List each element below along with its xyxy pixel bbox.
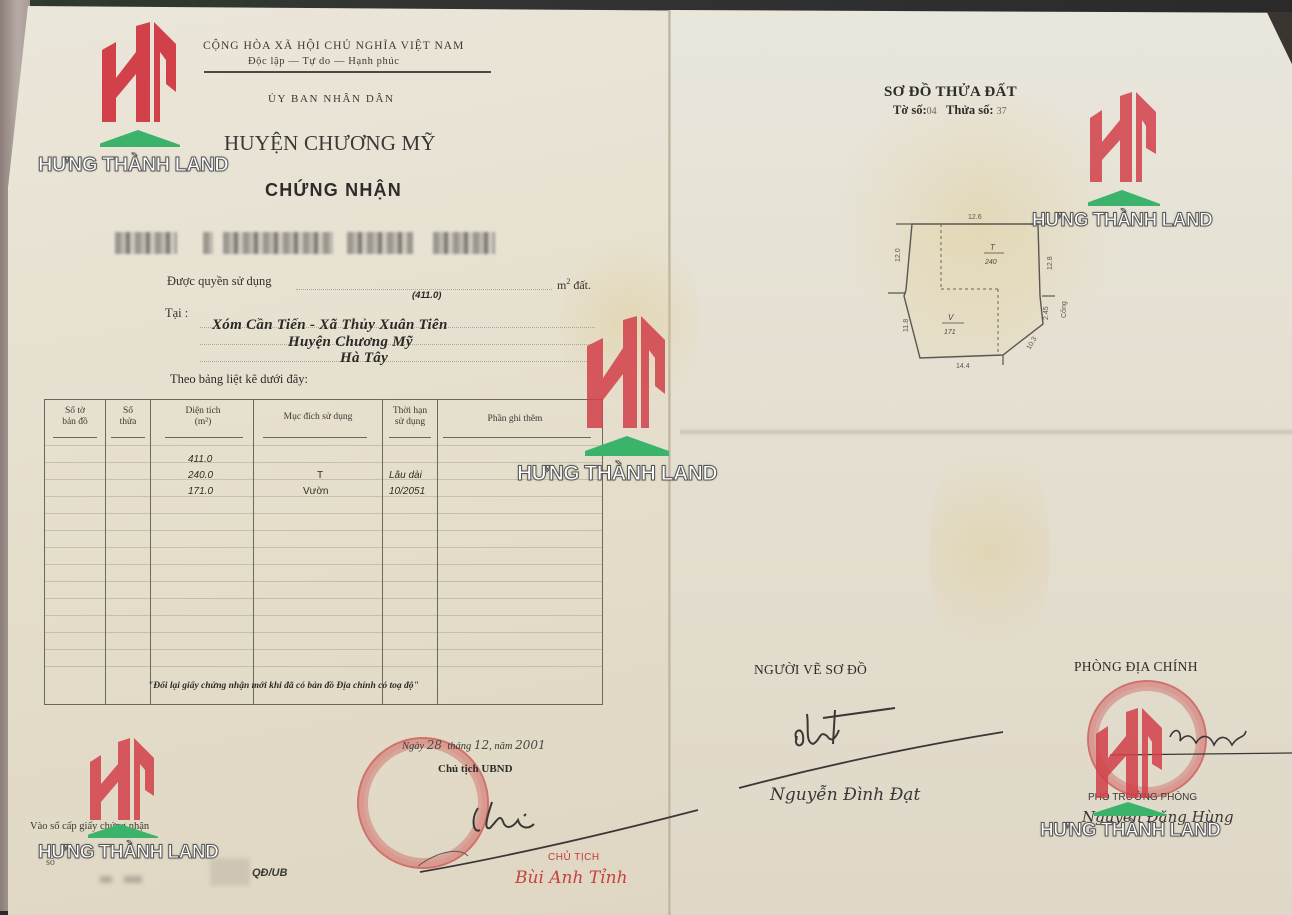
logo-ht-icon — [100, 22, 180, 147]
chairman-signature — [400, 790, 700, 880]
cell-area: 240.0 — [188, 470, 213, 481]
header-underline — [165, 437, 243, 438]
dim-side-note: Cống — [1059, 301, 1068, 318]
certificate-title: CHỨNG NHẬN — [265, 180, 402, 201]
dim-top: 12.6 — [968, 214, 982, 221]
header-purpose: Mục đích sử dụng — [255, 412, 381, 423]
paper-stain — [930, 420, 1050, 680]
table-rule — [45, 598, 602, 599]
redacted-registry-number — [124, 876, 142, 883]
cell-term: Lâu dài — [389, 470, 422, 481]
dim-left-lower: 11.8 — [903, 319, 910, 332]
use-right-label: Được quyền sử dụng — [167, 274, 272, 289]
committee-label: ỦY BAN NHÂN DÂN — [268, 93, 395, 105]
watermark-bottom-left: HƯNG THÀNH LAND — [38, 738, 238, 868]
watermark-brand-text: HƯNG THÀNH LAND — [1032, 210, 1212, 232]
zone-code-v: V — [948, 313, 954, 322]
header-term: Thời hạnsử dụng — [383, 406, 437, 428]
plot-sheet-info: Tờ số:04 Thửa số: 37 — [893, 103, 1007, 118]
cell-area: 411.0 — [188, 454, 212, 465]
signer-title: CHỦ TỊCH — [548, 852, 600, 863]
logo-ht-icon — [585, 316, 669, 458]
header-underline — [53, 437, 97, 438]
nation-header: CỘNG HÒA XÃ HỘI CHỦ NGHĨA VIỆT NAM — [203, 40, 464, 52]
dim-right-diag: 10.3 — [1026, 336, 1039, 351]
table-rule — [45, 666, 602, 667]
header-parcel-no: Sốthửa — [107, 406, 149, 428]
signer-role: Chủ tịch UBND — [438, 763, 513, 775]
zone-area-t: 240 — [984, 259, 997, 266]
watermark-center: HƯNG THÀNH LAND — [517, 316, 737, 496]
table-rule — [45, 513, 602, 514]
decision-suffix: QĐ/UB — [252, 867, 287, 879]
dim-right-step: 2.45 — [1043, 306, 1050, 320]
table-rule — [45, 530, 602, 531]
drawer-heading: NGƯỜI VẼ SƠ ĐỒ — [754, 662, 867, 678]
motto: Độc lập — Tự do — Hạnh phúc — [248, 56, 399, 67]
header-rule — [204, 71, 491, 73]
signer-name: Bùi Anh Tỉnh — [515, 868, 628, 888]
office-heading: PHÒNG ĐỊA CHÍNH — [1074, 659, 1198, 675]
watermark-brand-text: HƯNG THÀNH LAND — [517, 462, 717, 486]
area-value: (411.0) — [412, 290, 441, 301]
district-name: HUYỆN CHƯƠNG MỸ — [224, 131, 436, 156]
watermark-brand-text: HƯNG THÀNH LAND — [38, 154, 228, 177]
drawer-signature — [735, 700, 1005, 790]
cell-area: 171.0 — [188, 486, 213, 497]
dim-left-upper: 12.0 — [895, 248, 902, 262]
watermark-top-right: HƯNG THÀNH LAND — [1032, 92, 1212, 242]
plot-diagram-title: SƠ ĐỒ THỬA ĐẤT — [884, 84, 1017, 101]
zone-area-v: 171 — [944, 329, 956, 336]
header-underline — [111, 437, 145, 438]
header-area: Diện tích(m²) — [155, 406, 251, 428]
logo-ht-icon — [1088, 92, 1160, 206]
area-unit: m2 đất. — [557, 277, 591, 293]
redacted-registry-number — [100, 876, 112, 883]
cell-purpose: Vườn — [303, 486, 328, 497]
cell-term: 10/2051 — [389, 486, 425, 497]
header-map-sheet: Số tờbản đồ — [49, 406, 101, 428]
address-line-3: Hà Tây — [340, 350, 388, 367]
table-rule — [45, 632, 602, 633]
dim-right-upper: 12.8 — [1047, 256, 1054, 270]
logo-ht-icon — [1094, 708, 1166, 816]
table-rule — [45, 615, 602, 616]
signing-date: Ngày 28 tháng 12, năm 2001 — [402, 738, 546, 752]
watermark-bottom-right: HƯNG THÀNH LAND — [1040, 708, 1220, 848]
table-intro-label: Theo bảng liệt kê dưới đây: — [170, 372, 308, 387]
table-rule — [45, 581, 602, 582]
holder-name-redacted — [115, 232, 495, 254]
drawer-name: Nguyễn Đình Đạt — [770, 785, 920, 805]
address-line-1: Xóm Cần Tiến - Xã Thủy Xuân Tiên — [212, 317, 448, 334]
location-label: Tại : — [165, 306, 188, 321]
header-underline — [263, 437, 367, 438]
watermark-brand-text: HƯNG THÀNH LAND — [38, 842, 218, 864]
cell-purpose: T — [317, 470, 323, 481]
address-line-2: Huyện Chương Mỹ — [288, 334, 413, 351]
watermark-top-left: HƯNG THÀNH LAND — [38, 22, 238, 182]
table-rule — [45, 649, 602, 650]
watermark-brand-text: HƯNG THÀNH LAND — [1040, 820, 1220, 842]
table-footnote: "Đổi lại giấy chứng nhận mới khi đã có b… — [148, 681, 419, 691]
dim-bottom: 14.4 — [956, 363, 970, 370]
table-rule — [45, 547, 602, 548]
header-underline — [389, 437, 431, 438]
table-rule — [45, 564, 602, 565]
logo-ht-icon — [88, 738, 158, 838]
